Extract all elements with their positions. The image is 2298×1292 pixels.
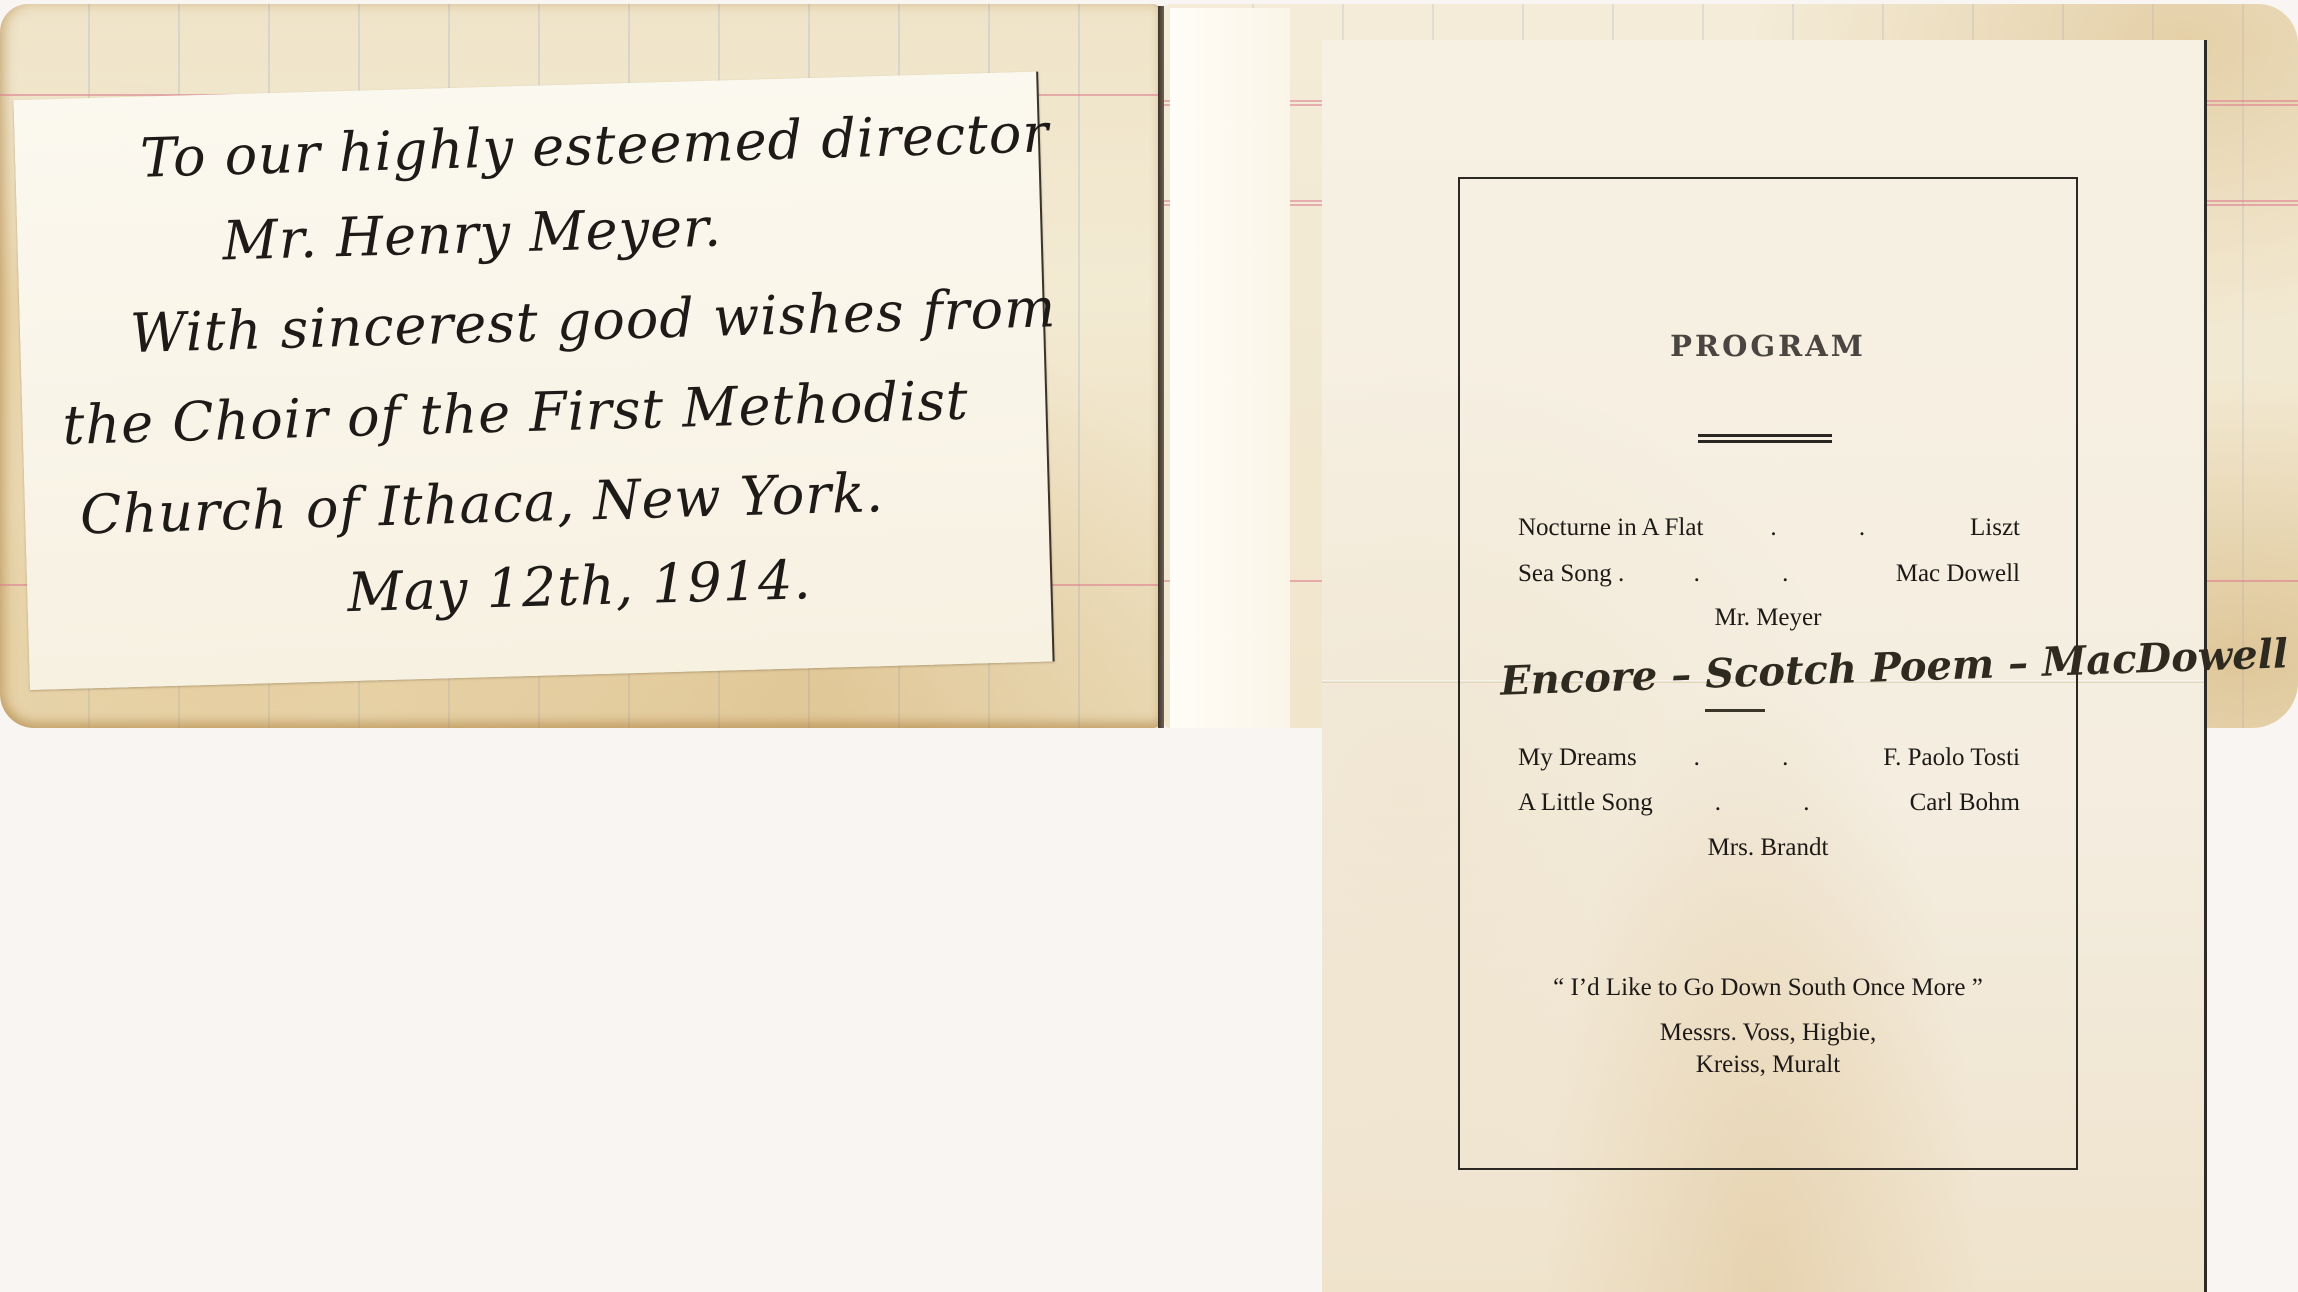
composer: F. Paolo Tosti: [1883, 744, 2020, 772]
performer: Mr. Meyer: [1460, 604, 2076, 632]
composer: Liszt: [1970, 514, 2020, 542]
torn-page-strip: [1170, 8, 1290, 728]
leader-dots: . .: [1703, 514, 1970, 542]
composer: Mac Dowell: [1896, 560, 2020, 588]
program-border-frame: PROGRAM Nocturne in A Flat . . Liszt Sea…: [1458, 177, 2078, 1170]
inscription-line-2: Mr. Henry Meyer.: [222, 196, 723, 273]
program-item: Nocturne in A Flat . . Liszt: [1518, 514, 2020, 542]
handwritten-encore-note: Encore – Scotch Poem – MacDowell: [1499, 630, 2288, 704]
leader-dots: . .: [1653, 789, 1910, 817]
performer: Kreiss, Muralt: [1460, 1051, 2076, 1079]
handwritten-underline: [1705, 709, 1765, 712]
leader-dots: . .: [1624, 560, 1895, 588]
inscription-date: May 12th, 1914.: [347, 548, 813, 624]
program-item: My Dreams . . F. Paolo Tosti: [1518, 744, 2020, 772]
performer: Mrs. Brandt: [1460, 834, 2076, 862]
performer: Messrs. Voss, Higbie,: [1460, 1019, 2076, 1047]
inscription-line-4: the Choir of the First Methodist: [62, 369, 970, 457]
leader-dots: . .: [1637, 744, 1883, 772]
double-rule-divider: [1698, 434, 1832, 443]
song-title: “ I’d Like to Go Down South Once More ”: [1460, 974, 2076, 1002]
program-pamphlet: PROGRAM Nocturne in A Flat . . Liszt Sea…: [1322, 40, 2207, 1292]
piece-title: Sea Song .: [1518, 560, 1624, 588]
piece-title: Nocturne in A Flat: [1518, 514, 1703, 542]
program-title: PROGRAM: [1460, 329, 2076, 363]
program-item: A Little Song . . Carl Bohm: [1518, 789, 2020, 817]
composer: Carl Bohm: [1910, 789, 2020, 817]
inscription-line-1: To our highly esteemed director: [139, 101, 1050, 189]
program-item: Sea Song . . . Mac Dowell: [1518, 560, 2020, 588]
inscription-card: To our highly esteemed director Mr. Henr…: [14, 72, 1055, 690]
inscription-line-5: Church of Ithaca, New York.: [79, 461, 885, 546]
piece-title: A Little Song: [1518, 789, 1653, 817]
inscription-line-3: With sincerest good wishes from: [129, 276, 1057, 365]
piece-title: My Dreams: [1518, 744, 1637, 772]
